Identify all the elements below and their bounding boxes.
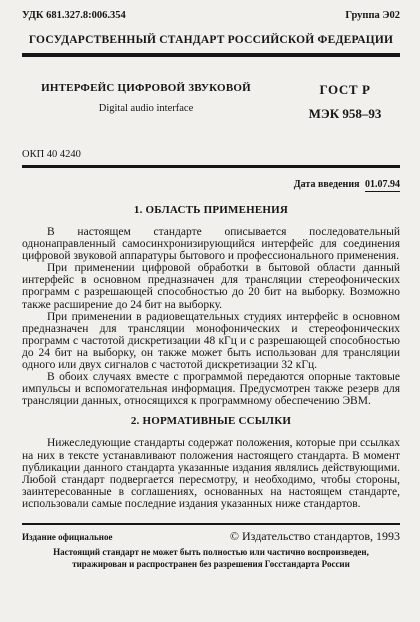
paragraph: При применении цифровой обработки в быто… (22, 262, 400, 310)
document-page: УДК 681.327.8:006.354 Группа Э02 ГОСУДАР… (0, 0, 420, 622)
introduction-date-label: Дата введения (294, 179, 360, 190)
section-2-heading: 2. НОРМАТИВНЫЕ ССЫЛКИ (22, 415, 400, 427)
paragraph: При применении в радиовещательных студия… (22, 311, 400, 371)
standard-title-ru: ИНТЕРФЕЙС ЦИФРОВОЙ ЗВУКОВОЙ (22, 82, 270, 94)
section-2-body: Нижеследующие стандарты содержат положен… (22, 437, 400, 510)
designation-gost-r: ГОСТ Р (290, 82, 400, 98)
okp-code: ОКП 40 4240 (22, 149, 400, 160)
restriction-line-1: Настоящий стандарт не может быть полност… (22, 547, 400, 559)
paragraph: Нижеследующие стандарты содержат положен… (22, 437, 400, 510)
paragraph: В настоящем стандарте описывается послед… (22, 226, 400, 262)
introduction-date: Дата введения 01.07.94 (22, 179, 400, 190)
standard-designation: ГОСТ Р МЭК 958–93 (290, 82, 400, 122)
introduction-date-value: 01.07.94 (365, 179, 400, 192)
restriction-line-2: тиражирован и распространен без разрешен… (22, 559, 400, 571)
header-classification-row: УДК 681.327.8:006.354 Группа Э02 (22, 10, 400, 21)
state-standard-title: ГОСУДАРСТВЕННЫЙ СТАНДАРТ РОССИЙСКОЙ ФЕДЕ… (22, 34, 400, 46)
udk-number: УДК 681.327.8:006.354 (22, 10, 126, 21)
title-block: ИНТЕРФЕЙС ЦИФРОВОЙ ЗВУКОВОЙ Digital audi… (22, 82, 400, 122)
group-code: Группа Э02 (345, 10, 400, 21)
footer-imprint-row: Издание официальное © Издательство станд… (22, 529, 400, 544)
paragraph: В обоих случаях вместе с программой пере… (22, 371, 400, 407)
standard-title-en: Digital audio interface (22, 103, 270, 114)
footer-divider-rule (22, 523, 400, 526)
section-1-heading: 1. ОБЛАСТЬ ПРИМЕНЕНИЯ (22, 204, 400, 216)
publisher-copyright: © Издательство стандартов, 1993 (230, 529, 400, 544)
top-divider-rule (22, 53, 400, 57)
official-edition-note: Издание официальное (22, 532, 112, 542)
mid-divider-rule (22, 165, 400, 168)
designation-mek-number: МЭК 958–93 (290, 106, 400, 122)
standard-title-group: ИНТЕРФЕЙС ЦИФРОВОЙ ЗВУКОВОЙ Digital audi… (22, 82, 290, 114)
reproduction-restriction-notice: Настоящий стандарт не может быть полност… (22, 547, 400, 570)
section-1-body: В настоящем стандарте описывается послед… (22, 226, 400, 407)
